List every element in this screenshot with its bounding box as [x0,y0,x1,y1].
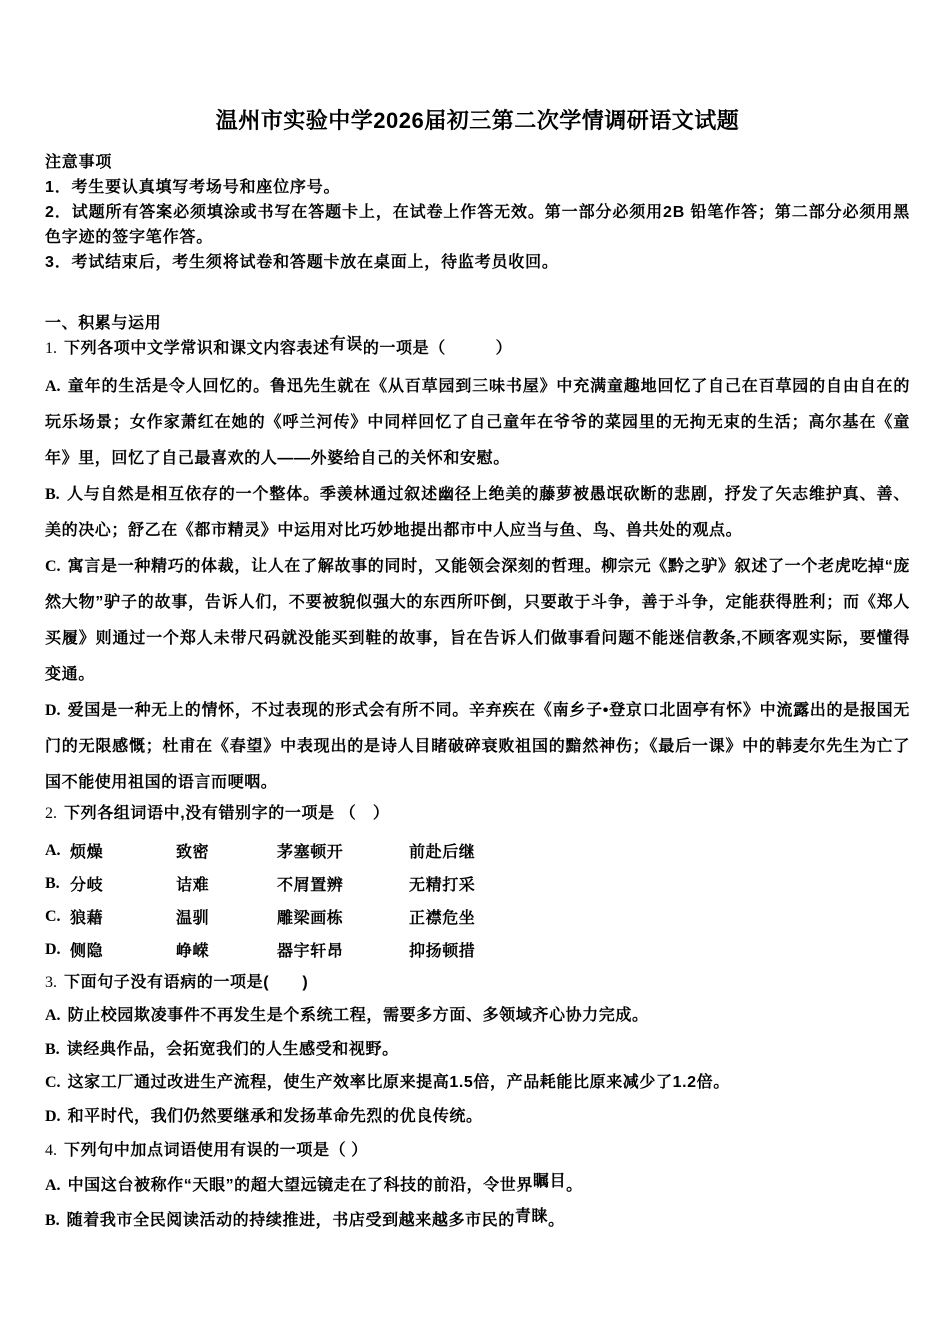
option-label: D. [45,1108,68,1125]
question-4: 4.下列句中加点词语使用有误的一项是（ ） A.中国这台被称作“天眼”的超大望远… [45,1133,910,1238]
question-2: 2.下列各组词语中,没有错别字的一项是 （ ） A. 烦燥 致密 茅塞顿开 前赴… [45,801,910,966]
options-list: A.中国这台被称作“天眼”的超大望远镜走在了科技的前沿，令世界瞩目。 B.随着我… [45,1168,910,1238]
word-table: A. 烦燥 致密 茅塞顿开 前赴后继 B. 分岐 诘难 不屑置辨 无精打采 C.… [45,834,910,966]
word-cell: 诘难 [176,872,277,895]
question-stem: 4.下列句中加点词语使用有误的一项是（ ） [45,1133,910,1168]
option-text: 和平时代，我们仍然要继承和发扬革命先烈的优良传统。 [68,1108,483,1125]
word-cell: 分岐 [70,872,176,895]
word-cell: 茅塞顿开 [277,839,409,862]
option-label: B. [45,1041,67,1058]
question-stem: 3.下面句子没有语病的一项是( ) [45,966,910,999]
option-label: A. [45,1007,68,1024]
option-paragraph: A.童年的生活是令人回忆的。鲁迅先生就在《从百草园到三味书屋》中充满童趣地回忆了… [45,369,910,477]
option-text: 防止校园欺凌事件不再发生是个系统工程，需要多方面、多领域齐心协力完成。 [68,1007,649,1024]
option-text: 童年的生活是令人回忆的。鲁迅先生就在《从百草园到三味书屋》中充满童趣地回忆了自己… [45,378,910,467]
option-label: C. [45,908,70,926]
question-number: 4. [45,1142,64,1159]
option-text: 人与自然是相互依存的一个整体。季羡林通过叙述幽径上绝美的藤萝被愚氓砍断的悲剧，抒… [45,486,910,539]
option-paragraph: B.人与自然是相互依存的一个整体。季羡林通过叙述幽径上绝美的藤萝被愚氓砍断的悲剧… [45,477,910,549]
option-text: 中国这台被称作“天眼”的超大望远镜走在了科技的前沿，令世界 [68,1177,533,1194]
emphasized-word: 有误 [330,336,363,353]
options-list: A.防止校园欺凌事件不再发生是个系统工程，需要多方面、多领域齐心协力完成。 B.… [45,999,910,1133]
section-heading: 一、积累与运用 [45,311,910,336]
word-cell: 无精打采 [409,872,910,895]
option-text: 。 [548,1212,565,1229]
word-row: A. 烦燥 致密 茅塞顿开 前赴后继 [45,834,910,867]
notice-item: 3．考试结束后，考生须将试卷和答题卡放在桌面上，待监考员收回。 [45,250,910,275]
word-row: D. 侧隐 峥嵘 器宇轩昂 抑扬顿措 [45,933,910,966]
question-stem: 1.下列各项中文学常识和课文内容表述有误的一项是（ ） [45,336,910,361]
option-paragraph: A.防止校园欺凌事件不再发生是个系统工程，需要多方面、多领域齐心协力完成。 [45,999,910,1033]
question-1: 1.下列各项中文学常识和课文内容表述有误的一项是（ ） A.童年的生活是令人回忆… [45,336,910,801]
stem-text: 下面句子没有语病的一项是( ) [64,974,308,991]
option-paragraph: A.中国这台被称作“天眼”的超大望远镜走在了科技的前沿，令世界瞩目。 [45,1168,910,1203]
stem-text: 下列各项中文学常识和课文内容表述 [64,340,330,357]
word-cell: 致密 [176,839,277,862]
word-row: B. 分岐 诘难 不屑置辨 无精打采 [45,867,910,900]
option-label: D. [45,941,70,959]
word-cell: 雕梁画栋 [277,905,409,928]
word-cell: 抑扬顿措 [409,938,910,961]
option-paragraph: B.读经典作品，会拓宽我们的人生感受和视野。 [45,1033,910,1067]
word-cell: 温驯 [176,905,277,928]
exam-page: 温州市实验中学2026届初三第二次学情调研语文试题 注意事项 1．考生要认真填写… [0,0,950,1344]
option-text: 读经典作品，会拓宽我们的人生感受和视野。 [67,1041,399,1058]
word-cell: 器宇轩昂 [277,938,409,961]
option-label: C. [45,558,68,575]
option-paragraph: C.寓言是一种精巧的体裁，让人在了解故事的同时，又能领会深刻的哲理。柳宗元《黔之… [45,549,910,693]
options-list: A.童年的生活是令人回忆的。鲁迅先生就在《从百草园到三味书屋》中充满童趣地回忆了… [45,369,910,801]
option-text: 爱国是一种无上的情怀，不过表现的形式会有所不同。辛弃疾在《南乡子•登京口北固亭有… [45,702,910,791]
option-paragraph: B.随着我市全民阅读活动的持续推进，书店受到越来越多市民的青睐。 [45,1203,910,1238]
option-text: 寓言是一种精巧的体裁，让人在了解故事的同时，又能领会深刻的哲理。柳宗元《黔之驴》… [45,558,910,683]
emphasized-word: 瞩目 [533,1173,566,1190]
option-label: A. [45,378,68,395]
question-number: 3. [45,974,64,991]
word-row: C. 狼藉 温驯 雕梁画栋 正襟危坐 [45,900,910,933]
option-label: B. [45,875,70,893]
option-text: 随着我市全民阅读活动的持续推进，书店受到越来越多市民的 [67,1212,515,1229]
page-title: 温州市实验中学2026届初三第二次学情调研语文试题 [45,106,910,136]
notice-item: 1．考生要认真填写考场号和座位序号。 [45,175,910,200]
option-label: B. [45,1212,67,1229]
word-cell: 正襟危坐 [409,905,910,928]
option-paragraph: D.爱国是一种无上的情怀，不过表现的形式会有所不同。辛弃疾在《南乡子•登京口北固… [45,693,910,801]
option-text: 这家工厂通过改进生产流程，使生产效率比原来提高1.5倍，产品耗能比原来减少了1.… [68,1074,730,1091]
emphasized-word: 青睐 [515,1208,548,1225]
option-text: 。 [566,1177,583,1194]
question-number: 1. [45,340,64,357]
option-label: A. [45,1177,68,1194]
stem-text: 的一项是（ ） [363,340,512,357]
option-label: B. [45,486,67,503]
notice-heading: 注意事项 [45,150,910,175]
word-cell: 侧隐 [70,938,176,961]
word-cell: 峥嵘 [176,938,277,961]
word-cell: 狼藉 [70,905,176,928]
option-paragraph: D.和平时代，我们仍然要继承和发扬革命先烈的优良传统。 [45,1100,910,1134]
option-label: A. [45,842,70,860]
stem-text: 下列各组词语中,没有错别字的一项是 （ ） [64,805,390,822]
option-label: C. [45,1074,68,1091]
question-3: 3.下面句子没有语病的一项是( ) A.防止校园欺凌事件不再发生是个系统工程，需… [45,966,910,1133]
notice-section: 注意事项 1．考生要认真填写考场号和座位序号。 2．试题所有答案必须填涂或书写在… [45,150,910,275]
word-cell: 不屑置辨 [277,872,409,895]
question-stem: 2.下列各组词语中,没有错别字的一项是 （ ） [45,801,910,826]
word-cell: 烦燥 [70,839,176,862]
word-cell: 前赴后继 [409,839,910,862]
stem-text: 下列句中加点词语使用有误的一项是（ ） [64,1142,368,1159]
notice-item: 2．试题所有答案必须填涂或书写在答题卡上，在试卷上作答无效。第一部分必须用2B … [45,200,910,250]
option-paragraph: C.这家工厂通过改进生产流程，使生产效率比原来提高1.5倍，产品耗能比原来减少了… [45,1066,910,1100]
option-label: D. [45,702,68,719]
question-number: 2. [45,805,64,822]
